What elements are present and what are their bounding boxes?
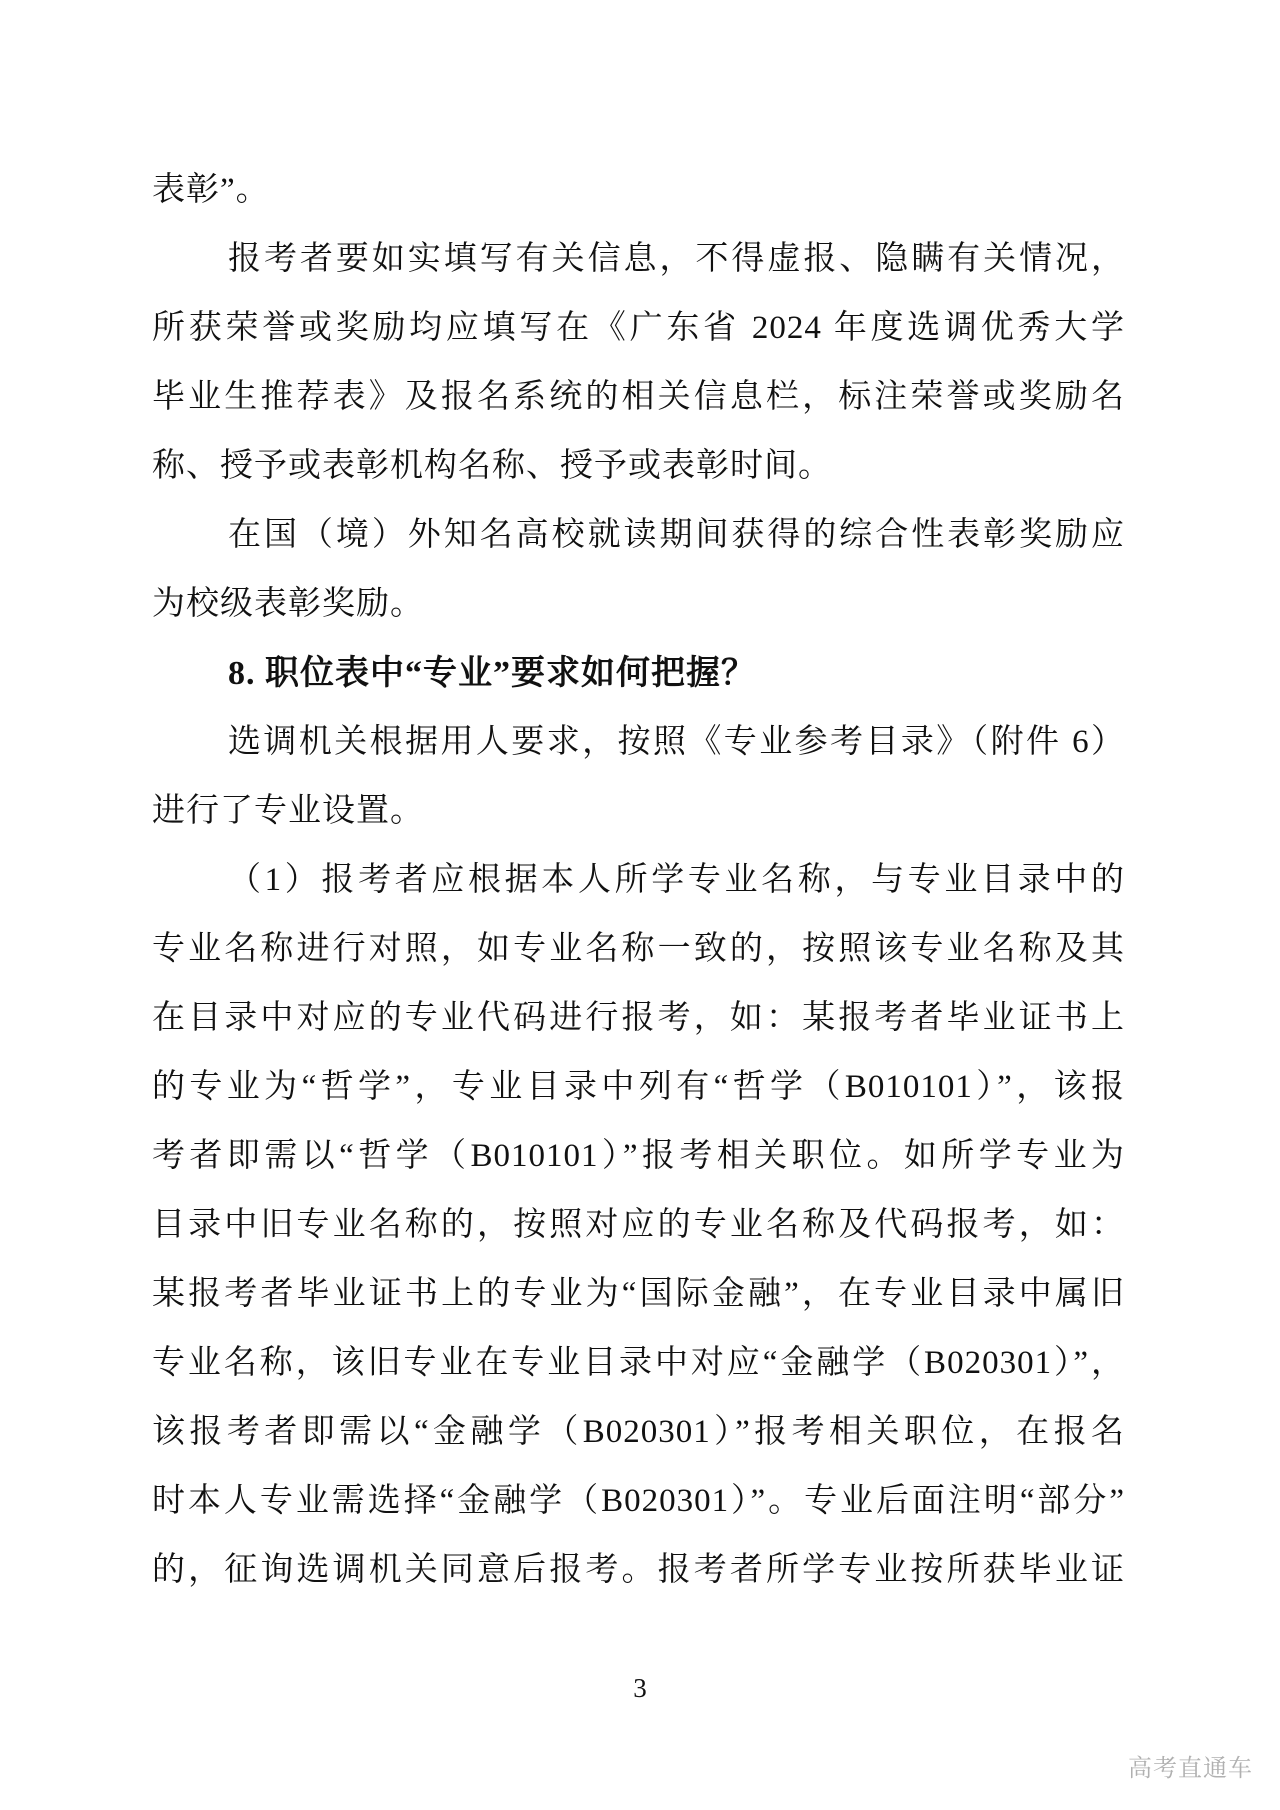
- text-line: 的，征询选调机关同意后报考。报考者所学专业按所获毕业证: [152, 1536, 1125, 1605]
- text-line: 某报考者毕业证书上的专业为“国际金融”，在专业目录中属旧: [152, 1260, 1125, 1329]
- text-line: 的专业为“哲学”，专业目录中列有“哲学（B010101）”，该报: [152, 1053, 1125, 1122]
- text-line: 称、授予或表彰机构名称、授予或表彰时间。: [152, 432, 1125, 501]
- page-number: 3: [0, 1668, 1280, 1708]
- text-line: 报考者要如实填写有关信息，不得虚报、隐瞒有关情况，: [152, 225, 1125, 294]
- text-line: 在目录中对应的专业代码进行报考，如：某报考者毕业证书上: [152, 984, 1125, 1053]
- text-line: 专业名称进行对照，如专业名称一致的，按照该专业名称及其: [152, 915, 1125, 984]
- watermark: 高考直通车: [1128, 1752, 1253, 1786]
- text-line: 考者即需以“哲学（B010101）”报考相关职位。如所学专业为: [152, 1122, 1125, 1191]
- text-line: 专业名称，该旧专业在专业目录中对应“金融学（B020301）”，: [152, 1329, 1125, 1398]
- text-line: 目录中旧专业名称的，按照对应的专业名称及代码报考，如：: [152, 1191, 1125, 1260]
- text-line: 为校级表彰奖励。: [152, 570, 1125, 639]
- document-page: 表彰”。 报考者要如实填写有关信息，不得虚报、隐瞒有关情况， 所获荣誉或奖励均应…: [0, 0, 1280, 1810]
- section-heading: 8. 职位表中“专业”要求如何把握？: [152, 639, 1125, 708]
- text-line: 在国（境）外知名高校就读期间获得的综合性表彰奖励应: [152, 501, 1125, 570]
- text-line: （1）报考者应根据本人所学专业名称，与专业目录中的: [152, 846, 1125, 915]
- document-body: 表彰”。 报考者要如实填写有关信息，不得虚报、隐瞒有关情况， 所获荣誉或奖励均应…: [152, 156, 1125, 1605]
- text-line: 该报考者即需以“金融学（B020301）”报考相关职位，在报名: [152, 1398, 1125, 1467]
- text-line: 时本人专业需选择“金融学（B020301）”。专业后面注明“部分”: [152, 1467, 1125, 1536]
- text-line: 所获荣誉或奖励均应填写在《广东省 2024 年度选调优秀大学: [152, 294, 1125, 363]
- text-line: 毕业生推荐表》及报名系统的相关信息栏，标注荣誉或奖励名: [152, 363, 1125, 432]
- text-line: 进行了专业设置。: [152, 777, 1125, 846]
- text-line: 表彰”。: [152, 156, 1125, 225]
- text-line: 选调机关根据用人要求，按照《专业参考目录》（附件 6）: [152, 708, 1125, 777]
